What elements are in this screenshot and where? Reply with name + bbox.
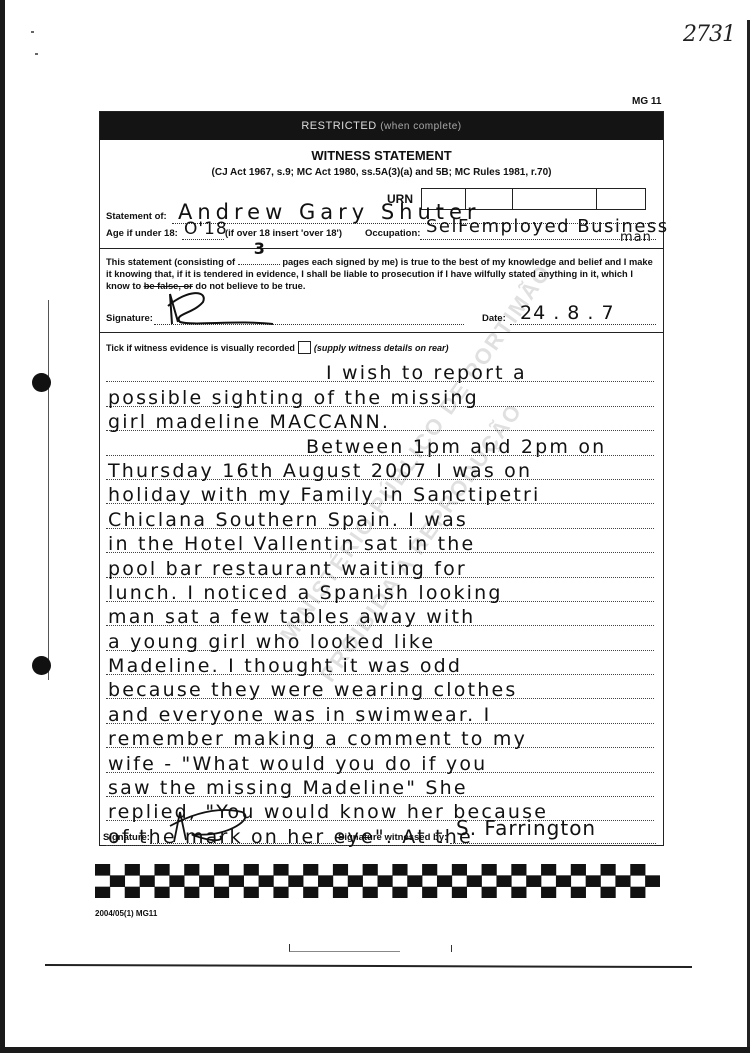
statement-line: lunch. I noticed a Spanish looking [106,578,654,602]
statement-line: Between 1pm and 2pm on [106,431,654,455]
handwritten-text: Chiclana Southern Spain. I was [108,509,468,531]
statement-of-label: Statement of: [106,211,167,222]
statement-line: Thursday 16th August 2007 I was on [106,456,654,480]
acts-reference: (CJ Act 1967, s.9; MC Act 1980, ss.5A(3)… [100,167,663,178]
witness-statement-form: RESTRICTED (when complete) WITNESS STATE… [99,111,664,846]
statement-line: man sat a few tables away with [106,602,654,626]
punch-hole-icon [32,373,51,392]
occupation-value-line2: man [620,230,652,245]
urn-box[interactable] [513,189,597,209]
statement-line: Madeline. I thought it was odd [106,651,654,675]
handwritten-text: possible sighting of the missing [108,387,479,409]
page-tick-mark [451,945,452,952]
handwritten-text: Thursday 16th August 2007 I was on [108,460,532,482]
reference-number: 2731 [683,22,735,47]
bottom-rule [45,964,692,968]
pages-field[interactable]: 3 [238,255,280,265]
handwritten-text: a young girl who looked like [108,631,435,653]
witnessed-by-dotted-line [450,842,656,844]
handwritten-text: Between 1pm and 2pm on [306,436,606,458]
form-title: WITNESS STATEMENT [100,148,663,163]
restricted-banner: RESTRICTED (when complete) [100,112,663,140]
handwritten-text: girl madeline MACCANN. [108,411,390,433]
scan-edge-left [0,0,5,1053]
handwritten-text: man sat a few tables away with [108,606,475,628]
scan-speck [35,53,38,55]
statement-line: because they were wearing clothes [106,675,654,699]
signature-mark-icon [158,284,288,329]
footer-signature-mark-icon [162,804,257,846]
divider [100,248,663,249]
statement-line: girl madeline MACCANN. [106,407,654,431]
statement-line: remember making a comment to my [106,724,654,748]
visual-record-note: (supply witness details on rear) [314,343,449,353]
handwritten-text: I wish to report a [326,362,527,384]
handwritten-text: and everyone was in swimwear. I [108,704,491,726]
witnessed-by-value[interactable]: S. Farrington [456,816,596,840]
punch-hole-icon [32,656,51,675]
scan-speck [31,31,34,33]
banner-main: RESTRICTED [301,120,376,132]
statement-line: holiday with my Family in Sanctipetri [106,480,654,504]
visual-record-checkbox[interactable] [298,341,311,354]
handwritten-text: wife - "What would you do if you [108,753,487,775]
statement-body: I wish to report apossible sighting of t… [106,358,654,846]
scan-edge-bottom [0,1047,750,1053]
handwritten-text: lunch. I noticed a Spanish looking [108,582,503,604]
divider [100,332,663,333]
signature-label: Signature: [106,313,153,324]
checkerboard-band [95,864,660,898]
form-version: 2004/05(1) MG11 [95,909,157,918]
declaration-part1: This statement (consisting of [106,257,235,267]
statement-line: saw the missing Madeline" She [106,773,654,797]
handwritten-text: because they were wearing clothes [108,679,517,701]
occupation-label: Occupation: [365,228,420,239]
statement-line: a young girl who looked like [106,626,654,650]
statement-line: and everyone was in swimwear. I [106,699,654,723]
form-code: MG 11 [632,96,661,107]
age-value[interactable]: O'18 [184,219,228,239]
handwritten-text: pool bar restaurant waiting for [108,558,467,580]
handwritten-text: saw the missing Madeline" She [108,777,468,799]
age-label: Age if under 18: [106,228,178,239]
visual-record-label: Tick if witness evidence is visually rec… [106,343,295,353]
handwritten-text: in the Hotel Vallentin sat in the [108,533,475,555]
page-bracket-mark [289,944,400,952]
handwritten-text: Madeline. I thought it was odd [108,655,462,677]
banner-suffix: (when complete) [380,121,461,132]
statement-line: pool bar restaurant waiting for [106,553,654,577]
margin-line [48,300,49,680]
handwritten-text: holiday with my Family in Sanctipetri [108,484,541,506]
statement-line: I wish to report a [106,358,654,382]
statement-line: in the Hotel Vallentin sat in the [106,529,654,553]
statement-line: Chiclana Southern Spain. I was [106,504,654,528]
pages-value: 3 [254,243,266,255]
footer-signature-label: Signature: [103,832,150,843]
statement-line: wife - "What would you do if you [106,748,654,772]
handwritten-text: remember making a comment to my [108,728,527,750]
witnessed-by-label: Signature witnessed by: [338,832,447,843]
visual-record-row: Tick if witness evidence is visually rec… [106,341,448,354]
urn-box[interactable] [597,189,645,209]
age-note: (if over 18 insert 'over 18') [225,228,342,239]
statement-line: possible sighting of the missing [106,382,654,406]
